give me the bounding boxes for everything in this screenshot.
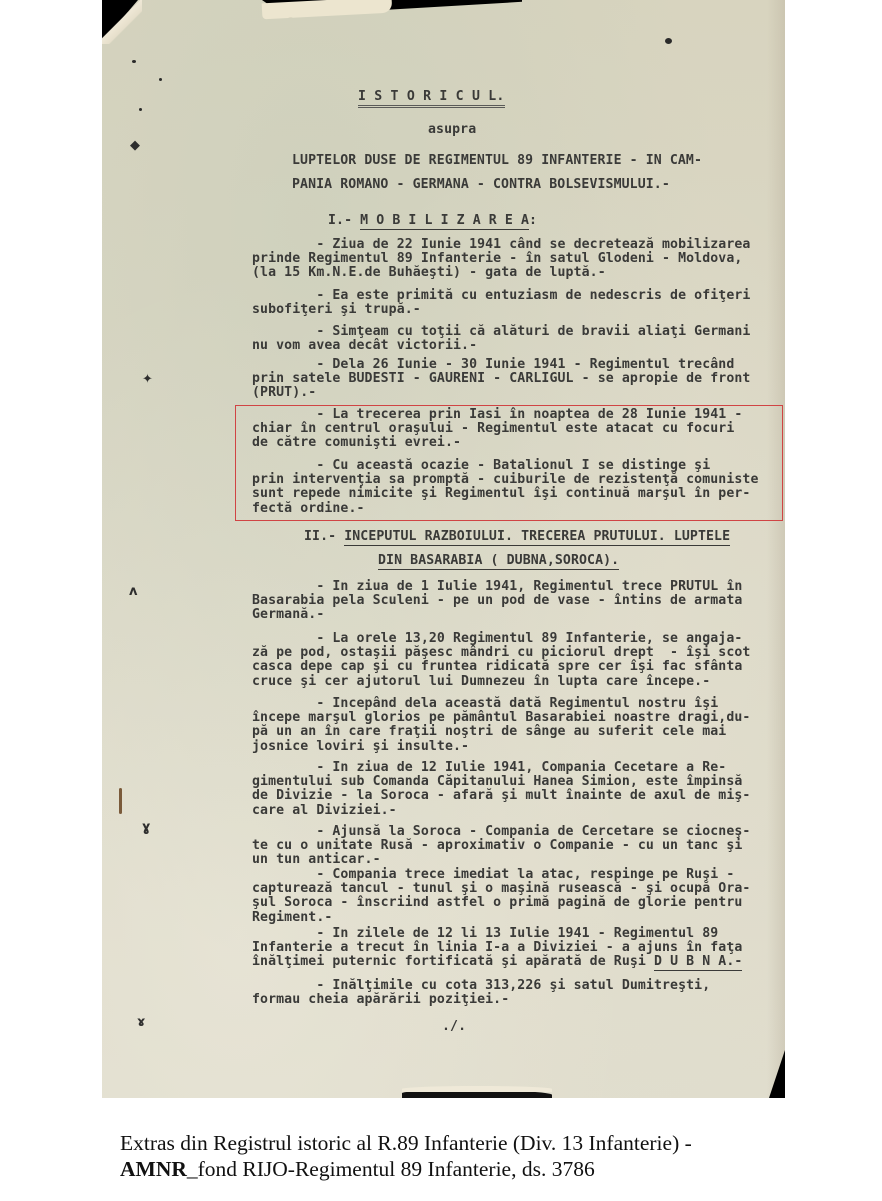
end-mark: ./. <box>442 1020 466 1034</box>
caption-line-2: AMNR_fond RIJO-Regimentul 89 Infanterie,… <box>120 1156 820 1182</box>
punch-mark: ʌ <box>129 584 137 599</box>
punch-mark: ɤ <box>137 1015 145 1030</box>
section-2-paragraph-1-line-3: Germană.- <box>252 608 324 622</box>
bottom-fold-curl <box>402 1086 552 1092</box>
section-2-paragraph-4-line-3: de Divizie - la Soroca - afară şi mult î… <box>252 789 750 803</box>
section-2-paragraph-7-line-3: înălţimei puternic fortificată şi apărat… <box>252 955 742 969</box>
ink-speck <box>132 60 136 63</box>
section-2-paragraph-8-line-2: formau cheia apărării poziţiei.- <box>252 993 509 1007</box>
section-2-paragraph-4-line-1: - In ziua de 12 Iulie 1941, Compania Cec… <box>252 761 726 775</box>
ink-speck <box>139 108 142 111</box>
section-1-paragraph-2-line-2: subofiţeri şi trupă.- <box>252 303 421 317</box>
section-1-paragraph-2-line-1: - Ea este primită cu entuziasm de nedesc… <box>252 289 750 303</box>
section-1-heading: I.- M O B I L I Z A R E A: <box>328 214 537 228</box>
section-1-number: I.- <box>328 213 352 228</box>
section-1-paragraph-3-line-1: - Simţeam cu toţii că alături de bravii … <box>252 325 750 339</box>
document-scan: ◆ ✦ ʌ ɣ ɤ I S T O R I C U L. asupra LUPT… <box>102 0 785 1098</box>
heading-line-1: LUPTELOR DUSE DE REGIMENTUL 89 INFANTERI… <box>292 154 702 168</box>
highlight-paragraph-2-line-1: - Cu această ocazie - Batalionul I se di… <box>252 459 710 473</box>
paper-edge-shading <box>767 0 785 1098</box>
corner-curl <box>102 0 142 44</box>
image-caption: Extras din Registrul istoric al R.89 Inf… <box>120 1130 820 1182</box>
punch-mark: ɣ <box>142 820 150 835</box>
ink-speck <box>159 78 162 81</box>
section-1-paragraph-4-line-3: (PRUT).- <box>252 386 316 400</box>
punch-mark: ✦ <box>142 372 153 387</box>
punch-mark: ◆ <box>130 138 140 153</box>
highlight-paragraph-2-line-4: fectă ordine.- <box>252 502 365 516</box>
section-2-paragraph-1-line-1: - In ziua de 1 Iulie 1941, Regimentul tr… <box>252 580 742 594</box>
section-1-title: M O B I L I Z A R E A <box>360 213 529 230</box>
section-1-paragraph-4-line-2: prin satele BUDESTI - GAURENI - CARLIGUL… <box>252 372 750 386</box>
document-subtitle: asupra <box>428 123 476 137</box>
caption-line-1: Extras din Registrul istoric al R.89 Inf… <box>120 1130 820 1156</box>
section-1-paragraph-4-line-1: - Dela 26 Iunie - 30 Iunie 1941 - Regime… <box>252 358 734 372</box>
rust-stain <box>119 788 122 814</box>
section-2-paragraph-6-line-3: şul Soroca - înscriind astfel o primă pa… <box>252 896 742 910</box>
section-2-heading-line-2: DIN BASARABIA ( DUBNA,SOROCA). <box>378 554 619 568</box>
section-2-title-2: DIN BASARABIA ( DUBNA,SOROCA). <box>378 553 619 570</box>
highlight-paragraph-1-line-3: de către comunişti evrei.- <box>252 436 461 450</box>
section-1-paragraph-3-line-2: nu vom avea decât victorii.- <box>252 339 477 353</box>
section-2-paragraph-6-line-4: Regiment.- <box>252 911 332 925</box>
emphasis-text: D U B N A.- <box>654 954 742 971</box>
torn-top-paper <box>262 0 393 19</box>
ink-speck <box>665 38 672 44</box>
section-2-paragraph-5-line-3: un tun anticar.- <box>252 853 381 867</box>
caption-archive-acronym: AMNR <box>120 1157 187 1181</box>
section-2-paragraph-6-line-1: - Compania trece imediat la atac, respin… <box>252 868 734 882</box>
document-title-text: I S T O R I C U L. <box>358 89 505 108</box>
section-2-paragraph-2-line-1: - La orele 13,20 Regimentul 89 Infanteri… <box>252 632 742 646</box>
section-2-paragraph-3-line-4: josnice loviri şi insulte.- <box>252 740 469 754</box>
section-2-paragraph-3-line-3: pă un an în care fraţii noştri de sânge … <box>252 725 726 739</box>
heading-line-2: PANIA ROMANO - GERMANA - CONTRA BOLSEVIS… <box>292 178 670 192</box>
section-2-paragraph-2-line-3: casca depe cap şi cu fruntea ridicată sp… <box>252 660 742 674</box>
section-2-paragraph-8-line-1: - Inălţimile cu cota 313,226 şi satul Du… <box>252 979 710 993</box>
caption-source: _fond RIJO-Regimentul 89 Infanterie, ds.… <box>187 1157 595 1181</box>
section-2-paragraph-5-line-1: - Ajunsă la Soroca - Compania de Cerceta… <box>252 825 750 839</box>
section-2-paragraph-7-line-1: - In zilele de 12 li 13 Iulie 1941 - Reg… <box>252 927 718 941</box>
section-2-paragraph-2-line-4: cruce şi cer ajutorul lui Dumnezeu în lu… <box>252 675 710 689</box>
highlight-paragraph-2-line-3: sunt repede nimicite şi Regimentul îşi c… <box>252 487 750 501</box>
section-2-title-1: INCEPUTUL RAZBOIULUI. TRECEREA PRUTULUI.… <box>344 529 730 546</box>
section-2-paragraph-1-line-2: Basarabia pela Sculeni - pe un pod de va… <box>252 594 742 608</box>
section-2-heading-line-1: II.- INCEPUTUL RAZBOIULUI. TRECEREA PRUT… <box>304 530 730 544</box>
section-1-paragraph-1-line-3: (la 15 Km.N.E.de Buhăeşti) - gata de lup… <box>252 266 606 280</box>
highlight-paragraph-1-line-1: - La trecerea prin Iasi în noaptea de 28… <box>252 408 742 422</box>
section-1-paragraph-1-line-1: - Ziua de 22 Iunie 1941 când se decretea… <box>252 238 750 252</box>
section-2-number: II.- <box>304 529 336 544</box>
section-2-paragraph-4-line-4: care al Diviziei.- <box>252 804 397 818</box>
document-title: I S T O R I C U L. <box>358 90 505 104</box>
section-1-suffix: : <box>529 213 537 228</box>
section-2-paragraph-3-line-1: - Incepând dela această dată Regimentul … <box>252 697 718 711</box>
